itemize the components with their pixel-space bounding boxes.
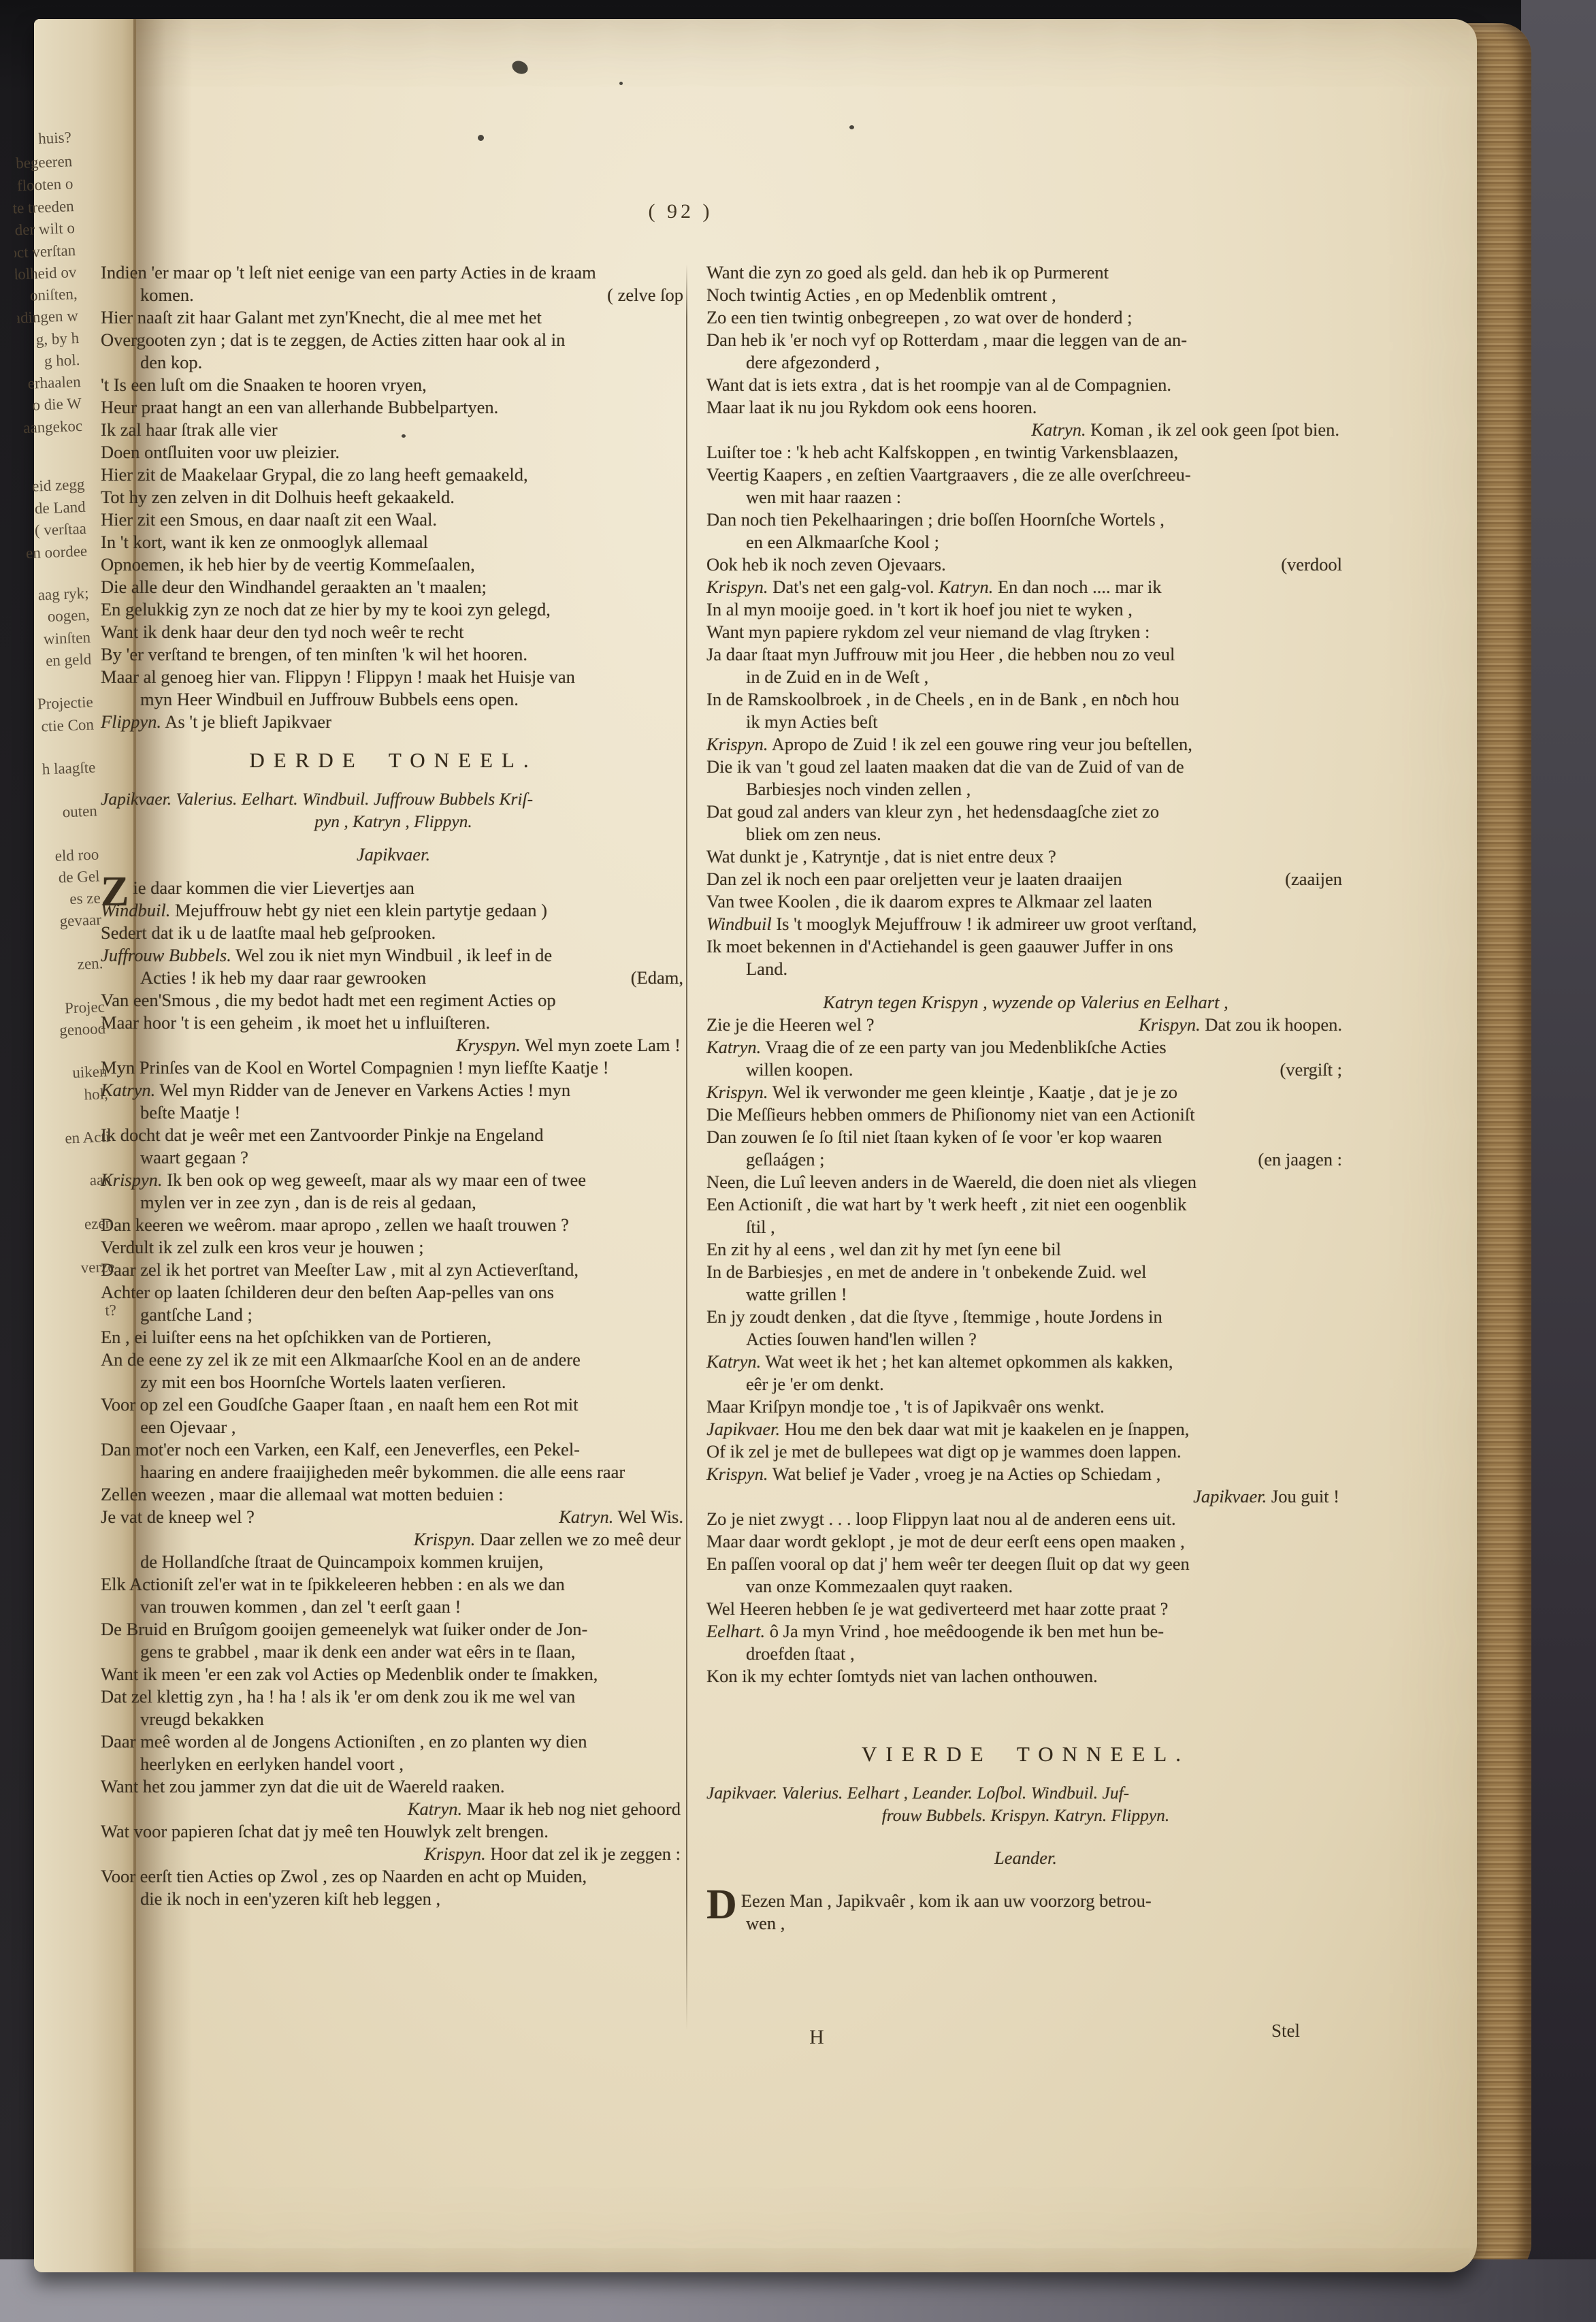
text-line: Katryn. Wel Wis.Je vat de kneep wel ? xyxy=(101,1506,686,1528)
cast-list-line: pyn , Katryn , Flippyn. xyxy=(101,810,686,833)
text-line: Dat goud zal anders van kleur zyn , het … xyxy=(706,801,1345,823)
text-line: Krispyn. Dat zou ik hoopen.Zie je die He… xyxy=(706,1014,1345,1036)
text-line: myn Heer Windbuil en Juffrouw Bubbels ee… xyxy=(101,688,686,711)
text-line: Een Actioniſt , die wat hart by 't werk … xyxy=(706,1193,1345,1216)
page-edge-text-fragment: h laagſte xyxy=(42,758,95,778)
text-line: Ik docht dat je weêr met een Zantvoorder… xyxy=(101,1124,686,1146)
text-line: DEezen Man , Japikvaêr , kom ik aan uw v… xyxy=(706,1890,1345,1912)
text-line: Katryn. Maar ik heb nog niet gehoord xyxy=(101,1798,686,1820)
text-line: Zo je niet zwygt . . . loop Flippyn laat… xyxy=(706,1508,1345,1530)
page-edge-text-fragment: es ze xyxy=(69,889,101,908)
page-edge-text-fragment: t? xyxy=(105,1302,117,1320)
text-line: Want dat is iets extra , dat is het room… xyxy=(706,374,1345,396)
page-edge-text-fragment: ( verſtaa xyxy=(34,520,86,540)
text-line: Wel Heeren hebben ſe je wat gediverteerd… xyxy=(706,1598,1345,1620)
rhyme-cue: Krispyn. Dat zou ik hoopen. xyxy=(1139,1014,1345,1036)
page-edge-text-fragment: eid zegg xyxy=(32,476,85,496)
page-edge-text-fragment: oniſten, xyxy=(30,285,78,305)
text-line: Leander. xyxy=(706,1847,1345,1869)
drop-cap: Z xyxy=(101,883,129,901)
text-line: En paſſen vooral op dat j' hem weêr ter … xyxy=(706,1553,1345,1575)
text-line: ik myn Acties beſt xyxy=(706,711,1345,733)
text-line: Opnoemen, ik heb hier by de veertig Komm… xyxy=(101,553,686,576)
text-line: Maar hoor 't is een geheim , ik moet het… xyxy=(101,1012,686,1034)
page-edge-text-fragment: genood xyxy=(59,1020,106,1039)
text-line: Ik zal haar ſtrak alle vier xyxy=(101,419,686,441)
text-line: beſte Maatje ! xyxy=(101,1101,686,1124)
text-line: Krispyn. Dat's net een galg-vol. Katryn.… xyxy=(706,576,1345,598)
rhyme-cue: (en jaagen : xyxy=(1258,1148,1345,1171)
text-line: Indien 'er maar op 't leſt niet eenige v… xyxy=(101,261,686,284)
text-line: Veertig Kaapers , en zeſtien Vaartgraave… xyxy=(706,464,1345,486)
page-edge-text-fragment: begeeren xyxy=(16,152,73,172)
page-edge-text-fragment: en oordee xyxy=(26,543,88,562)
text-line: Elk Actioniſt zel'er wat in te ſpikkelee… xyxy=(101,1573,686,1596)
page-edge-text-fragment: en Acti xyxy=(65,1128,110,1148)
text-line: Krispyn. Wat belief je Vader , vroeg je … xyxy=(706,1463,1345,1485)
page-edge-text-fragment: Projec xyxy=(65,998,105,1017)
text-line: An de eene zy zel ik ze mit een Alkmaarſ… xyxy=(101,1349,686,1371)
page-edge-text-fragment: erhaalen xyxy=(27,373,81,393)
text-line: Juffrouw Bubbels. Wel zou ik niet myn Wi… xyxy=(101,944,686,967)
rhyme-cue: ( zelve ſop xyxy=(607,284,686,306)
text-line: Want myn papiere rykdom zel veur niemand… xyxy=(706,621,1345,643)
page-edge-text-fragment: aag ryk; xyxy=(37,585,89,604)
text-line: Japikvaer. xyxy=(101,843,686,866)
page-edge-text-fragment: g, by h xyxy=(35,329,79,349)
ink-speck xyxy=(510,59,530,76)
text-line: Dan zouwen ſe ſo ſtil niet ſtaan kyken o… xyxy=(706,1126,1345,1148)
text-line: Maar al genoeg hier van. Flippyn ! Flipp… xyxy=(101,666,686,688)
text-line: Krispyn. Apropo de Zuid ! ik zel een gou… xyxy=(706,733,1345,756)
text-line: Dan mot'er noch een Varken, een Kalf, ee… xyxy=(101,1438,686,1461)
page-edge-text-fragment: te treeden xyxy=(12,197,74,217)
text-line: Kon ik my echter ſomtyds niet van lachen… xyxy=(706,1665,1345,1688)
text-line: Krispyn. Wel ik verwonder me geen kleint… xyxy=(706,1081,1345,1103)
cast-list-line: frouw Bubbels. Krispyn. Katryn. Flippyn. xyxy=(706,1804,1345,1826)
rhyme-cue: (vergiſt ; xyxy=(1280,1059,1345,1081)
page-edge-text-fragment: eld roo xyxy=(54,845,99,865)
rhyme-cue: Katryn. Wel Wis. xyxy=(559,1506,686,1528)
text-line: Doen ontſluiten voor uw pleizier. xyxy=(101,441,686,464)
page-edge-text-fragment: verze xyxy=(80,1258,115,1277)
text-line: Die alle deur den Windhandel geraakten a… xyxy=(101,576,686,598)
text-line xyxy=(706,1688,1345,1738)
text-line: Want ik meen 'er een zak vol Acties op M… xyxy=(101,1663,686,1686)
text-line: Katryn. Wat weet ik het ; het kan alteme… xyxy=(706,1351,1345,1373)
text-line: Acties ſouwen hand'len willen ? xyxy=(706,1328,1345,1351)
cast-list-line: Japikvaer. Valerius. Eelhart , Leander. … xyxy=(706,1781,1345,1804)
text-line: Maar daar wordt geklopt , je mot de deur… xyxy=(706,1530,1345,1553)
text-line: ( zelve ſopkomen. xyxy=(101,284,686,306)
text-line: In 't kort, want ik ken ze onmooglyk all… xyxy=(101,531,686,553)
text-line: Want ik denk haar deur den tyd noch weêr… xyxy=(101,621,686,643)
text-line: Katryn. Wel myn Ridder van de Jenever en… xyxy=(101,1079,686,1101)
book-page: ( 92 ) Indien 'er maar op 't leſt niet e… xyxy=(34,19,1477,2272)
text-line: ſtil , xyxy=(706,1216,1345,1238)
text-line: Zo een tien twintig onbegreepen , zo wat… xyxy=(706,306,1345,329)
text-line: Of ik zel je met de bullepees wat digt o… xyxy=(706,1440,1345,1463)
rhyme-cue: (Edam, xyxy=(631,967,686,989)
text-line: Daar meê worden al de Jongens Actioniſte… xyxy=(101,1730,686,1753)
signature-mark: H xyxy=(796,2026,837,2049)
text-line: Dan noch tien Pekelhaaringen ; drie boſſ… xyxy=(706,509,1345,531)
text-line: Tot hy zen zelven in dit Dolhuis heeft g… xyxy=(101,486,686,509)
page-edge-text-fragment: adingen w xyxy=(13,307,78,327)
text-line: Japikvaer. Hou me den bek daar wat mit j… xyxy=(706,1418,1345,1440)
text-line: (Edam,Acties ! ik heb my daar raar gewro… xyxy=(101,967,686,989)
text-line: Heur praat hangt an een van allerhande B… xyxy=(101,396,686,419)
ink-speck xyxy=(478,135,484,141)
text-line: de Hollandſche ſtraat de Quincampoix kom… xyxy=(101,1551,686,1573)
text-line: (vergiſt ;willen koopen. xyxy=(706,1059,1345,1081)
text-line: Die ik van 't goud zel laaten maaken dat… xyxy=(706,756,1345,778)
text-line xyxy=(706,980,1345,991)
text-line: Eelhart. ô Ja myn Vrind , hoe meêdoogend… xyxy=(706,1620,1345,1643)
text-line: In de Barbiesjes , en met de andere in '… xyxy=(706,1261,1345,1283)
text-line: Voor op zel een Goudſche Gaaper ſtaan , … xyxy=(101,1393,686,1416)
text-line: van onze Kommezaalen quyt raaken. xyxy=(706,1575,1345,1598)
text-line: En zit hy al eens , wel dan zit hy met ſ… xyxy=(706,1238,1345,1261)
page-edge-text-fragment: hol, xyxy=(84,1085,108,1103)
page-edge-text-fragment: g hol. xyxy=(44,351,80,370)
page-edge-text-fragment: Projectie xyxy=(37,694,93,713)
text-column-right: Want die zyn zo goed als geld. dan heb i… xyxy=(706,261,1345,1935)
text-line: In de Ramskoolbroek , in de Cheels , en … xyxy=(706,688,1345,711)
text-line: Flippyn. As 't je blieft Japikvaer xyxy=(101,711,686,733)
text-line: Overgooten zyn ; dat is te zeggen, de Ac… xyxy=(101,329,686,351)
text-line: (zaaijenDan zel ik noch een paar oreljet… xyxy=(706,868,1345,890)
rhyme-cue: (verdool xyxy=(1281,553,1345,576)
background-right xyxy=(1521,0,1596,2322)
page-edge-text-fragment: flooten o xyxy=(17,175,74,195)
text-line: Verdult ik zel zulk een kros veur je hou… xyxy=(101,1236,686,1259)
page-edge-text-fragment: der wilt o xyxy=(14,219,75,239)
text-line: Hier naaſt zit haar Galant met zyn'Knech… xyxy=(101,306,686,329)
text-line: Dat zel klettig zyn , ha ! ha ! als ik '… xyxy=(101,1686,686,1708)
text-line: Van een'Smous , die my bedot hadt met ee… xyxy=(101,989,686,1012)
text-line: Katryn tegen Krispyn , wyzende op Valeri… xyxy=(706,991,1345,1014)
photo-canvas: ( 92 ) Indien 'er maar op 't leſt niet e… xyxy=(0,0,1596,2322)
text-line: Krispyn. Ik ben ook op weg geweeſt, maar… xyxy=(101,1169,686,1191)
text-line: zy mit een bos Hoornſche Wortels laaten … xyxy=(101,1371,686,1393)
scene-heading: VIERDE TONNEEL. xyxy=(706,1738,1345,1771)
text-line: heerlyken en eerlyken handel voort , xyxy=(101,1753,686,1775)
text-line: Voor eerſt tien Acties op Zwol , zes op … xyxy=(101,1865,686,1888)
text-line: een Ojevaar , xyxy=(101,1416,686,1438)
text-line: Sedert dat ik u de laatſte maal heb geſp… xyxy=(101,922,686,944)
text-line: Luiſter toe : 'k heb acht Kalfskoppen , … xyxy=(706,441,1345,464)
page-edge-text-fragment: uiken xyxy=(72,1063,108,1082)
page-edge-text-fragment: ctie Con xyxy=(41,716,94,736)
text-line xyxy=(101,833,686,843)
text-line xyxy=(101,733,686,744)
page-edge-text-fragment: de Gel xyxy=(58,867,100,886)
text-line: Van twee Koolen , die ik daarom expres t… xyxy=(706,890,1345,913)
text-line: watte grillen ! xyxy=(706,1283,1345,1306)
text-line xyxy=(101,777,686,788)
text-line: gens te grabbel , maar ik denk een ander… xyxy=(101,1641,686,1663)
text-line: 't Is een luſt om die Snaaken te hooren … xyxy=(101,374,686,396)
cast-list-line: Japikvaer. Valerius. Eelhart. Windbuil. … xyxy=(101,788,686,810)
text-line: Hier zit de Maakelaar Grypal, die zo lan… xyxy=(101,464,686,486)
text-line xyxy=(706,1771,1345,1781)
text-line: gantſche Land ; xyxy=(101,1304,686,1326)
text-line: Daar zel ik het portret van Meeſter Law … xyxy=(101,1259,686,1281)
text-line: Myn Prinſes van de Kool en Wortel Compag… xyxy=(101,1057,686,1079)
drop-cap: D xyxy=(706,1896,737,1914)
text-line: Want het zou jammer zyn dat die uit de W… xyxy=(101,1775,686,1798)
text-line: wen , xyxy=(706,1912,1345,1935)
page-edge-text-fragment: de Land xyxy=(34,498,86,518)
page-edge-text-fragment: gevaar xyxy=(59,911,101,930)
page-edge-text-fragment: outen xyxy=(62,802,97,821)
text-line: waart gegaan ? xyxy=(101,1146,686,1169)
ink-speck xyxy=(1123,694,1126,698)
text-line: wen mit haar raazen : xyxy=(706,486,1345,509)
page-edge-text-fragment: o die W xyxy=(32,395,82,415)
text-line: By 'er verſtand te brengen, of ten minſt… xyxy=(101,643,686,666)
text-line: En jy zoudt denken , dat die ſtyve , ſte… xyxy=(706,1306,1345,1328)
text-line: droefden ſtaat , xyxy=(706,1643,1345,1665)
text-line xyxy=(706,1826,1345,1847)
text-line: vreugd bekakken xyxy=(101,1708,686,1730)
page-edge-text-fragment: ezen xyxy=(84,1214,113,1233)
text-line: Want die zyn zo goed als geld. dan heb i… xyxy=(706,261,1345,284)
page-edge-text-fragment: dolheid ov xyxy=(10,263,77,284)
page-edge-text-fragment: aangekoc xyxy=(23,417,83,437)
text-line: En gelukkig zyn ze noch dat ze hier by m… xyxy=(101,598,686,621)
column-divider-rule xyxy=(686,264,687,2031)
page-edge-text-fragment: en geld xyxy=(46,651,92,671)
text-line: Neen, die Luî leeven anders in de Waerel… xyxy=(706,1171,1345,1193)
text-line: Land. xyxy=(706,958,1345,980)
text-line: In al myn mooije goed. in 't kort ik hoe… xyxy=(706,598,1345,621)
text-line: in de Zuid en in de Weſt , xyxy=(706,666,1345,688)
text-line xyxy=(706,1869,1345,1890)
text-line: bliek om zen neus. xyxy=(706,823,1345,845)
text-line: Kryspyn. Wel myn zoete Lam ! xyxy=(101,1034,686,1057)
page-edge-text-fragment: winſten xyxy=(44,629,91,649)
text-line: en een Alkmaarſche Kool ; xyxy=(706,531,1345,553)
text-line: Wat voor papieren ſchat dat jy meê ten H… xyxy=(101,1820,686,1843)
text-line: De Bruid en Bruîgom gooijen gemeenelyk w… xyxy=(101,1618,686,1641)
text-line: Windbuil. Mejuffrouw hebt gy niet een kl… xyxy=(101,899,686,922)
text-line: En , ei luiſter eens na het opſchikken v… xyxy=(101,1326,686,1349)
text-line: Krispyn. Daar zellen we zo meê deur xyxy=(101,1528,686,1551)
text-line: (en jaagen :geſlaágen ; xyxy=(706,1148,1345,1171)
text-line: den kop. xyxy=(101,351,686,374)
text-line: Die Meſſieurs hebben ommers de Phiſionom… xyxy=(706,1103,1345,1126)
ink-speck xyxy=(619,82,623,85)
text-line: Noch twintig Acties , en op Medenblik om… xyxy=(706,284,1345,306)
text-line: Ja daar ſtaat myn Juffrouw mit jou Heer … xyxy=(706,643,1345,666)
text-line: Japikvaer. Jou guit ! xyxy=(706,1485,1345,1508)
text-line: Zellen weezen , maar die allemaal wat mo… xyxy=(101,1483,686,1506)
text-line: dere afgezonderd , xyxy=(706,351,1345,374)
text-line: Achter op laaten ſchilderen deur den beſ… xyxy=(101,1281,686,1304)
text-line: Maar Kriſpyn mondje toe , 't is of Japik… xyxy=(706,1396,1345,1418)
text-line: Wat dunkt je , Katryntje , dat is niet e… xyxy=(706,845,1345,868)
text-line: Ik moet bekennen in d'Actiehandel is gee… xyxy=(706,935,1345,958)
text-line: van trouwen kommen , dan zel 't eerſt ga… xyxy=(101,1596,686,1618)
page-edge-text-fragment: oogen, xyxy=(47,607,90,626)
text-line xyxy=(101,866,686,877)
page-edge-text-fragment: huis? xyxy=(38,129,72,148)
page-edge-text-fragment: oct verſtan xyxy=(9,242,76,262)
page-number: ( 92 ) xyxy=(606,200,755,223)
text-line: die ik noch in een'yzeren kiſt heb legge… xyxy=(101,1888,686,1910)
text-line: Dan heb ik 'er noch vyf op Rotterdam , m… xyxy=(706,329,1345,351)
ink-speck xyxy=(402,434,406,438)
catchword: Stel xyxy=(1184,2020,1300,2042)
rhyme-cue: (zaaijen xyxy=(1285,868,1345,890)
page-edge-text-fragment: aan xyxy=(89,1171,112,1189)
text-line: Dan keeren we weêrom. maar apropo , zell… xyxy=(101,1214,686,1236)
text-line: Katryn. Koman , ik zel ook geen ſpot bie… xyxy=(706,419,1345,441)
text-line: Maar laat ik nu jou Rykdom ook eens hoor… xyxy=(706,396,1345,419)
text-column-left: Indien 'er maar op 't leſt niet eenige v… xyxy=(101,261,686,1910)
text-line: Zie daar kommen die vier Lievertjes aan xyxy=(101,877,686,899)
text-line: Barbiesjes noch vinden zellen , xyxy=(706,778,1345,801)
page-edge-text-fragment: zen. xyxy=(77,954,103,973)
text-line: mylen ver in zee zyn , dan is de reis al… xyxy=(101,1191,686,1214)
text-line: Hier zit een Smous, en daar naaſt zit ee… xyxy=(101,509,686,531)
text-line: haaring en andere fraaijigheden meêr byk… xyxy=(101,1461,686,1483)
scene-heading: DERDE TONEEL. xyxy=(101,744,686,777)
text-line: (verdoolOok heb ik noch zeven Ojevaars. xyxy=(706,553,1345,576)
text-line: Windbuil Is 't mooglyk Mejuffrouw ! ik a… xyxy=(706,913,1345,935)
text-line: Krispyn. Hoor dat zel ik je zeggen : xyxy=(101,1843,686,1865)
text-line: eêr je 'er om denkt. xyxy=(706,1373,1345,1396)
text-line: Katryn. Vraag die of ze een party van jo… xyxy=(706,1036,1345,1059)
ink-speck xyxy=(849,125,854,129)
